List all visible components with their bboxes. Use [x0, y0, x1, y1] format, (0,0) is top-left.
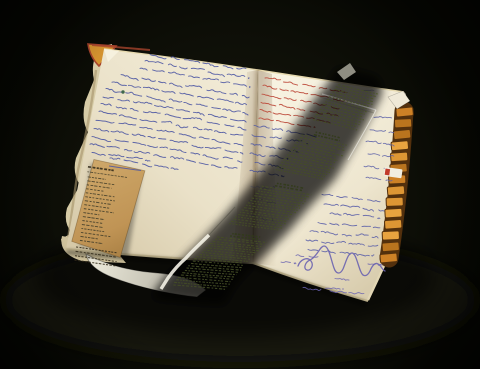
scene	[0, 0, 480, 369]
vignette	[0, 0, 480, 369]
photo-open-notebook	[0, 0, 480, 369]
